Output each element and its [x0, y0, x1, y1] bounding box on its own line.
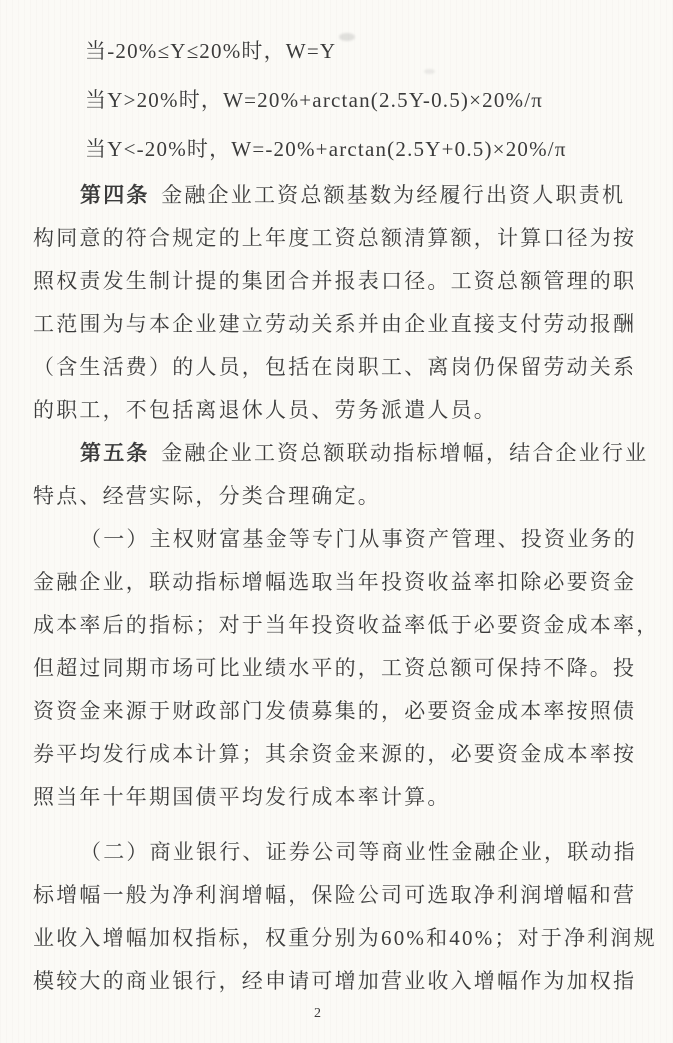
text-line: 成本率后的指标；对于当年投资收益率低于必要资金成本率，: [33, 604, 645, 647]
article-heading: 第五条: [80, 441, 150, 465]
line-text: 当Y<-20%时，W=-20%+arctan(2.5Y+0.5)×20%/π: [85, 137, 567, 161]
text-line: 第四条金融企业工资总额基数为经履行出资人职责机: [33, 174, 645, 217]
line-text: 当-20%≤Y≤20%时，W=Y: [85, 39, 336, 63]
text-line: 券平均发行成本计算；其余资金来源的，必要资金成本率按: [33, 733, 645, 776]
line-text: 但超过同期市场可比业绩水平的，工资总额可保持不降。投: [33, 656, 636, 680]
line-text: 当Y>20%时，W=20%+arctan(2.5Y-0.5)×20%/π: [85, 88, 543, 112]
text-line: 特点、经营实际，分类合理确定。: [33, 475, 645, 518]
text-line: 业收入增幅加权指标，权重分别为60%和40%；对于净利润规: [33, 917, 645, 960]
text-line: 资资金来源于财政部门发债募集的，必要资金成本率按照债: [33, 690, 645, 733]
line-text: 照当年十年期国债平均发行成本率计算。: [33, 785, 451, 809]
text-line: 标增幅一般为净利润增幅，保险公司可选取净利润增幅和营: [33, 874, 645, 917]
text-line: 金融企业，联动指标增幅选取当年投资收益率扣除必要资金: [33, 561, 645, 604]
text-line: 第五条金融企业工资总额联动指标增幅，结合企业行业: [33, 432, 645, 475]
line-text: 模较大的商业银行，经申请可增加营业收入增幅作为加权指: [33, 969, 636, 993]
line-text: 金融企业工资总额基数为经履行出资人职责机: [161, 183, 625, 207]
text-line: 模较大的商业银行，经申请可增加营业收入增幅作为加权指: [33, 960, 645, 1003]
line-text: （一）主权财富基金等专门从事资产管理、投资业务的: [80, 527, 637, 551]
page-number: 2: [0, 1006, 654, 1022]
line-text: （含生活费）的人员，包括在岗职工、离岗仍保留劳动关系: [33, 355, 636, 379]
line-text: 成本率后的指标；对于当年投资收益率低于必要资金成本率，: [33, 613, 659, 637]
line-text: 特点、经营实际，分类合理确定。: [33, 484, 381, 508]
text-line: 当Y>20%时，W=20%+arctan(2.5Y-0.5)×20%/π: [85, 76, 645, 125]
line-text: 标增幅一般为净利润增幅，保险公司可选取净利润增幅和营: [33, 883, 636, 907]
line-text: 金融企业工资总额联动指标增幅，结合企业行业: [161, 441, 648, 465]
text-line: 工范围为与本企业建立劳动关系并由企业直接支付劳动报酬: [33, 303, 645, 346]
line-text: 构同意的符合规定的上年度工资总额清算额，计算口径为按: [33, 226, 636, 250]
line-text: 业收入增幅加权指标，权重分别为60%和40%；对于净利润规: [33, 926, 657, 950]
text-line: 当Y<-20%时，W=-20%+arctan(2.5Y+0.5)×20%/π: [85, 125, 645, 174]
text-line: 照权责发生制计提的集团合并报表口径。工资总额管理的职: [33, 260, 645, 303]
line-text: （二）商业银行、证券公司等商业性金融企业，联动指: [80, 840, 637, 864]
line-text: 券平均发行成本计算；其余资金来源的，必要资金成本率按: [33, 742, 636, 766]
text-line: 当-20%≤Y≤20%时，W=Y: [85, 27, 645, 76]
text-line: 构同意的符合规定的上年度工资总额清算额，计算口径为按: [33, 217, 645, 260]
text-line: （含生活费）的人员，包括在岗职工、离岗仍保留劳动关系: [33, 346, 645, 389]
text-line: 但超过同期市场可比业绩水平的，工资总额可保持不降。投: [33, 647, 645, 690]
scanned-document-page: 当-20%≤Y≤20%时，W=Y 当Y>20%时，W=20%+arctan(2.…: [0, 0, 673, 1043]
line-text: 金融企业，联动指标增幅选取当年投资收益率扣除必要资金: [33, 570, 636, 594]
line-text: 工范围为与本企业建立劳动关系并由企业直接支付劳动报酬: [33, 312, 636, 336]
text-line: （一）主权财富基金等专门从事资产管理、投资业务的: [33, 518, 645, 561]
line-text: 的职工，不包括离退休人员、劳务派遣人员。: [33, 398, 497, 422]
line-text: 资资金来源于财政部门发债募集的，必要资金成本率按照债: [33, 699, 636, 723]
line-text: 照权责发生制计提的集团合并报表口径。工资总额管理的职: [33, 269, 636, 293]
document-body: 当-20%≤Y≤20%时，W=Y 当Y>20%时，W=20%+arctan(2.…: [33, 27, 645, 1003]
text-line: 的职工，不包括离退休人员、劳务派遣人员。: [33, 389, 645, 432]
article-heading: 第四条: [80, 183, 150, 207]
text-line: 照当年十年期国债平均发行成本率计算。: [33, 776, 645, 819]
text-line: （二）商业银行、证券公司等商业性金融企业，联动指: [33, 831, 645, 874]
